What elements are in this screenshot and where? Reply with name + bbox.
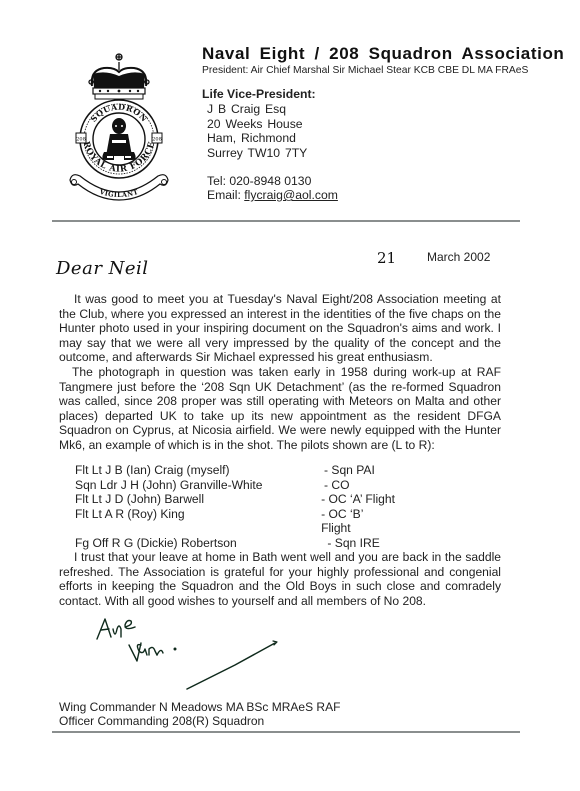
organisation-name: Naval Eight / 208 Squadron Association: [202, 44, 564, 64]
date-month-year: March 2002: [427, 250, 490, 264]
pilot-role: - CO: [324, 478, 350, 493]
pilot-role: - OC ‘B’ Flight: [321, 507, 395, 536]
email-link[interactable]: flycraig@aol.com: [244, 188, 338, 202]
handwritten-date-day: 21: [377, 249, 396, 267]
address-line: J B Craig Esq: [207, 102, 286, 116]
pilots-list: Flt Lt J B (Ian) Craig (myself)- Sqn PAI…: [75, 463, 395, 551]
pilot-role: - Sqn IRE: [324, 536, 380, 551]
svg-text:208: 208: [76, 137, 86, 143]
pilot-name: Flt Lt J B (Ian) Craig (myself): [75, 463, 324, 478]
list-item: Fg Off R G (Dickie) Robertson - Sqn IRE: [75, 536, 395, 551]
body-paragraph-2: The photograph in question was taken ear…: [59, 365, 501, 453]
pilot-name: Fg Off R G (Dickie) Robertson: [75, 536, 324, 551]
addressee-title: Officer Commanding 208(R) Squadron: [59, 714, 264, 728]
list-item: Sqn Ldr J H (John) Granville-White- CO: [75, 478, 395, 493]
telephone: Tel: 020-8948 0130: [207, 174, 311, 188]
pilot-name: Sqn Ldr J H (John) Granville-White: [75, 478, 324, 493]
header-divider: [52, 220, 520, 222]
president-line: President: Air Chief Marshal Sir Michael…: [202, 65, 528, 76]
email-label: Email:: [207, 188, 244, 202]
life-vice-president-label: Life Vice-President:: [202, 87, 316, 101]
svg-text:208: 208: [152, 137, 162, 143]
raf-squadron-crest-icon: 208 208 SQUADRON ROYAL AIR FORCE VIGILAN…: [60, 52, 178, 202]
list-item: Flt Lt J B (Ian) Craig (myself)- Sqn PAI: [75, 463, 395, 478]
email-line: Email: flycraig@aol.com: [207, 188, 338, 202]
pilot-name: Flt Lt A R (Roy) King: [75, 507, 321, 536]
pilot-role: - Sqn PAI: [324, 463, 375, 478]
list-item: Flt Lt J D (John) Barwell - OC ‘A’ Fligh…: [75, 492, 395, 507]
body-paragraph-3: I trust that your leave at home in Bath …: [59, 550, 501, 608]
salutation: Dear Neil: [56, 258, 149, 279]
address-line: Ham, Richmond: [207, 131, 296, 145]
address-line: 20 Weeks House: [207, 117, 303, 131]
footer-divider: [52, 731, 520, 733]
pilot-role: - OC ‘A’ Flight: [318, 492, 395, 507]
body-paragraph-1: It was good to meet you at Tuesday's Nav…: [59, 292, 501, 365]
addressee-name: Wing Commander N Meadows MA BSc MRAeS RA…: [59, 700, 340, 714]
pilot-name: Flt Lt J D (John) Barwell: [75, 492, 318, 507]
list-item: Flt Lt A R (Roy) King- OC ‘B’ Flight: [75, 507, 395, 536]
handwritten-signature-icon: [95, 615, 305, 695]
address-line: Surrey TW10 7TY: [207, 146, 307, 160]
